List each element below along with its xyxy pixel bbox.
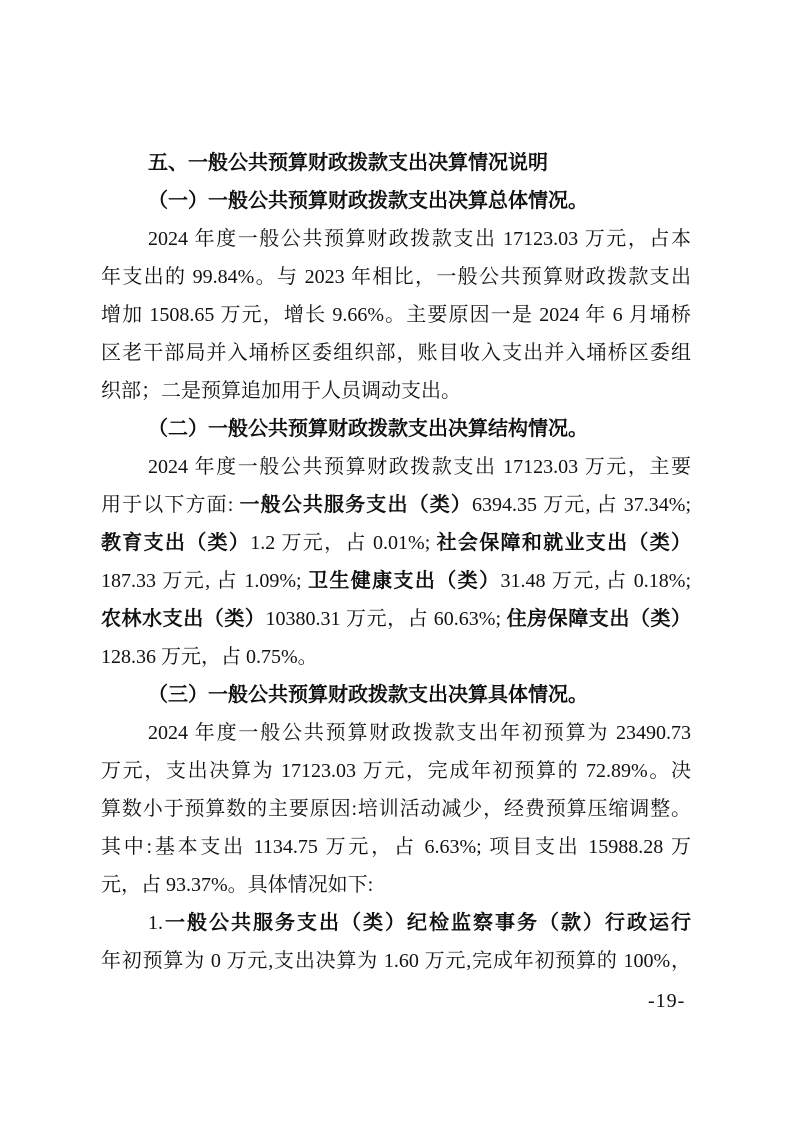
page-number: -19- [648,988,685,1014]
text-line: 教育支出（类）1.2 万元，占 0.01%; 社会保障和就业支出（类） [101,524,691,562]
text-run: 算数小于预算数的主要原因:培训活动减少，经费预算压缩调整。 [101,798,691,820]
bold-term: 一般公共服务支出（类） [240,494,472,516]
text-run: 2024 年度一般公共预算财政拨款支出年初预算为 23490.73 [148,722,691,744]
bold-term: （三）一般公共预算财政拨款支出决算具体情况。 [148,684,588,706]
bold-term: 教育支出（类） [101,532,250,554]
bold-term: （二）一般公共预算财政拨款支出决算结构情况。 [148,418,588,440]
text-line: 年初预算为 0 万元,支出决算为 1.60 万元,完成年初预算的 100%， [101,942,691,980]
text-run: 31.48 万元, 占 0.18%; [500,570,691,592]
document-page: 五、一般公共预算财政拨款支出决算情况说明（一）一般公共预算财政拨款支出决算总体情… [0,0,793,1122]
bold-term: （一）一般公共预算财政拨款支出决算总体情况。 [148,190,588,212]
text-line: 2024 年度一般公共预算财政拨款支出 17123.03 万元，占本 [101,220,691,258]
text-run: 其中:基本支出 1134.75 万元，占 6.63%; 项目支出 15988.2… [101,836,691,858]
text-run: 年支出的 99.84%。与 2023 年相比，一般公共预算财政拨款支出 [101,266,691,288]
heading-line: （二）一般公共预算财政拨款支出决算结构情况。 [101,410,691,448]
text-run: 万元，支出决算为 17123.03 万元，完成年初预算的 72.89%。决 [101,760,691,782]
text-run: 用于以下方面: [101,494,240,516]
text-run: 1.2 万元，占 0.01%; [250,532,436,554]
text-run: 6394.35 万元, 占 37.34%; [472,494,691,516]
text-run: 织部；二是预算追加用于人员调动支出。 [101,380,461,402]
heading-line: 五、一般公共预算财政拨款支出决算情况说明 [101,144,691,182]
text-line: 用于以下方面: 一般公共服务支出（类）6394.35 万元, 占 37.34%; [101,486,691,524]
text-run: 元，占 93.37%。具体情况如下: [101,874,373,896]
text-line: 187.33 万元, 占 1.09%; 卫生健康支出（类）31.48 万元, 占… [101,562,691,600]
text-line: 增加 1508.65 万元，增长 9.66%。主要原因一是 2024 年 6 月… [101,296,691,334]
text-run: 187.33 万元, 占 1.09%; [101,570,308,592]
bold-term: 住房保障支出（类） [507,608,691,630]
text-line: 128.36 万元，占 0.75%。 [101,638,691,676]
text-run: 128.36 万元，占 0.75%。 [101,646,318,668]
text-run: 2024 年度一般公共预算财政拨款支出 17123.03 万元，占本 [148,228,691,250]
text-line: 万元，支出决算为 17123.03 万元，完成年初预算的 72.89%。决 [101,752,691,790]
text-line: 元，占 93.37%。具体情况如下: [101,866,691,904]
text-line: 2024 年度一般公共预算财政拨款支出 17123.03 万元，主要 [101,448,691,486]
text-line: 区老干部局并入埇桥区委组织部，账目收入支出并入埇桥区委组 [101,334,691,372]
text-line: 算数小于预算数的主要原因:培训活动减少，经费预算压缩调整。 [101,790,691,828]
text-run: 增加 1508.65 万元，增长 9.66%。主要原因一是 2024 年 6 月… [101,304,691,326]
text-run: 10380.31 万元，占 60.63%; [265,608,506,630]
bold-term: 五、一般公共预算财政拨款支出决算情况说明 [148,152,548,174]
bold-term: 农林水支出（类） [101,608,265,630]
text-run: 2024 年度一般公共预算财政拨款支出 17123.03 万元，主要 [148,456,691,478]
heading-line: （一）一般公共预算财政拨款支出决算总体情况。 [101,182,691,220]
text-run: 年初预算为 0 万元,支出决算为 1.60 万元,完成年初预算的 100%， [101,950,691,972]
text-line: 年支出的 99.84%。与 2023 年相比，一般公共预算财政拨款支出 [101,258,691,296]
text-line: 2024 年度一般公共预算财政拨款支出年初预算为 23490.73 [101,714,691,752]
text-line: 农林水支出（类）10380.31 万元，占 60.63%; 住房保障支出（类） [101,600,691,638]
heading-line: （三）一般公共预算财政拨款支出决算具体情况。 [101,676,691,714]
bold-term: 卫生健康支出（类） [308,570,501,592]
text-line: 其中:基本支出 1134.75 万元，占 6.63%; 项目支出 15988.2… [101,828,691,866]
text-line: 织部；二是预算追加用于人员调动支出。 [101,372,691,410]
text-line: 1.一般公共服务支出（类）纪检监察事务（款）行政运行（项）。 [101,904,691,942]
text-run: 1. [148,912,163,934]
bold-term: 一般公共服务支出（类）纪检监察事务（款）行政运行（项） [101,912,691,942]
bold-term: 社会保障和就业支出（类） [437,532,691,554]
text-run: 区老干部局并入埇桥区委组织部，账目收入支出并入埇桥区委组 [101,342,691,364]
document-content: 五、一般公共预算财政拨款支出决算情况说明（一）一般公共预算财政拨款支出决算总体情… [101,144,691,980]
